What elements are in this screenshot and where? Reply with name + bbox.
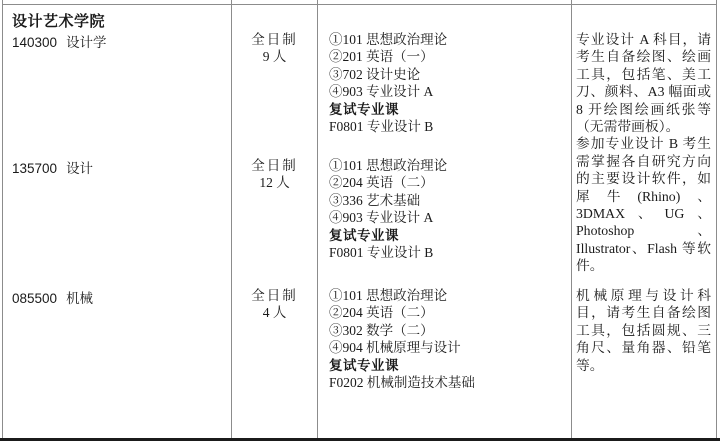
program-name: 设计	[66, 161, 93, 176]
column-mode-quota: 全日制 9 人 全日制 12 人 全日制 4 人	[232, 5, 317, 437]
mode-quota-block: 全日制 4 人	[232, 287, 317, 322]
study-mode: 全日制	[232, 157, 317, 174]
exam-subjects-block: ①101 思想政治理论 ②201 英语（一） ③702 设计史论 ④903 专业…	[329, 31, 567, 135]
remark-block: 机械原理与设计科目，请考生自备绘图工具，包括圆规、三角尺、量角器、铅笔等。	[576, 287, 711, 374]
retest-label: 复试专业课	[329, 357, 567, 374]
mode-quota-block: 全日制 9 人	[232, 31, 317, 66]
retest-subject: F0801 专业设计 B	[329, 244, 567, 261]
mode-quota-block: 全日制 12 人	[232, 157, 317, 192]
exam-subjects-block: ①101 思想政治理论 ②204 英语（二） ③302 数学（二） ④904 机…	[329, 287, 567, 391]
college-name: 设计艺术学院	[12, 10, 105, 31]
exam-subject: ④904 机械原理与设计	[329, 339, 567, 356]
retest-label: 复试专业课	[329, 101, 567, 118]
column-exam-subjects: ①101 思想政治理论 ②201 英语（一） ③702 设计史论 ④903 专业…	[318, 5, 571, 437]
program-name: 机械	[66, 291, 93, 306]
column-program: 设计艺术学院 140300设计学 135700设计 085500机械	[3, 5, 231, 437]
program-entry: 085500机械	[12, 287, 93, 307]
quota-count: 12 人	[232, 174, 317, 191]
exam-subject: ③336 艺术基础	[329, 192, 567, 209]
exam-subject: ③302 数学（二）	[329, 322, 567, 339]
remark-paragraph: 专业设计 A 科目，请考生自备绘图、绘画工具，包括笔、美工刀、颜料、A3 幅面或…	[576, 31, 711, 135]
exam-subject: ①101 思想政治理论	[329, 157, 567, 174]
exam-subject: ④903 专业设计 A	[329, 209, 567, 226]
exam-subject: ②204 英语（二）	[329, 304, 567, 321]
admissions-table-page: 设计艺术学院 140300设计学 135700设计 085500机械 全日制 9…	[0, 0, 720, 443]
program-code: 135700	[12, 161, 57, 176]
exam-subject: ④903 专业设计 A	[329, 83, 567, 100]
remark-block: 专业设计 A 科目，请考生自备绘图、绘画工具，包括笔、美工刀、颜料、A3 幅面或…	[576, 31, 711, 275]
retest-subject: F0801 专业设计 B	[329, 118, 567, 135]
quota-count: 9 人	[232, 48, 317, 65]
exam-subject: ③702 设计史论	[329, 66, 567, 83]
program-entry: 135700设计	[12, 157, 93, 177]
remark-paragraph: 机械原理与设计科目，请考生自备绘图工具，包括圆规、三角尺、量角器、铅笔等。	[576, 287, 711, 374]
quota-count: 4 人	[232, 304, 317, 321]
study-mode: 全日制	[232, 287, 317, 304]
program-name: 设计学	[66, 35, 107, 50]
exam-subject: ②204 英语（二）	[329, 174, 567, 191]
exam-subject: ①101 思想政治理论	[329, 287, 567, 304]
exam-subject: ②201 英语（一）	[329, 48, 567, 65]
table-bottom-border	[0, 438, 720, 441]
table-right-border	[716, 0, 717, 438]
remark-paragraph: 参加专业设计 B 考生需掌握各自研究方向的主要设计软件，如犀牛(Rhino)、3…	[576, 135, 711, 274]
column-remarks: 专业设计 A 科目，请考生自备绘图、绘画工具，包括笔、美工刀、颜料、A3 幅面或…	[572, 5, 716, 437]
program-code: 140300	[12, 35, 57, 50]
program-entry: 140300设计学	[12, 31, 107, 51]
retest-label: 复试专业课	[329, 227, 567, 244]
exam-subject: ①101 思想政治理论	[329, 31, 567, 48]
retest-subject: F0202 机械制造技术基础	[329, 374, 567, 391]
exam-subjects-block: ①101 思想政治理论 ②204 英语（二） ③336 艺术基础 ④903 专业…	[329, 157, 567, 261]
study-mode: 全日制	[232, 31, 317, 48]
program-code: 085500	[12, 291, 57, 306]
